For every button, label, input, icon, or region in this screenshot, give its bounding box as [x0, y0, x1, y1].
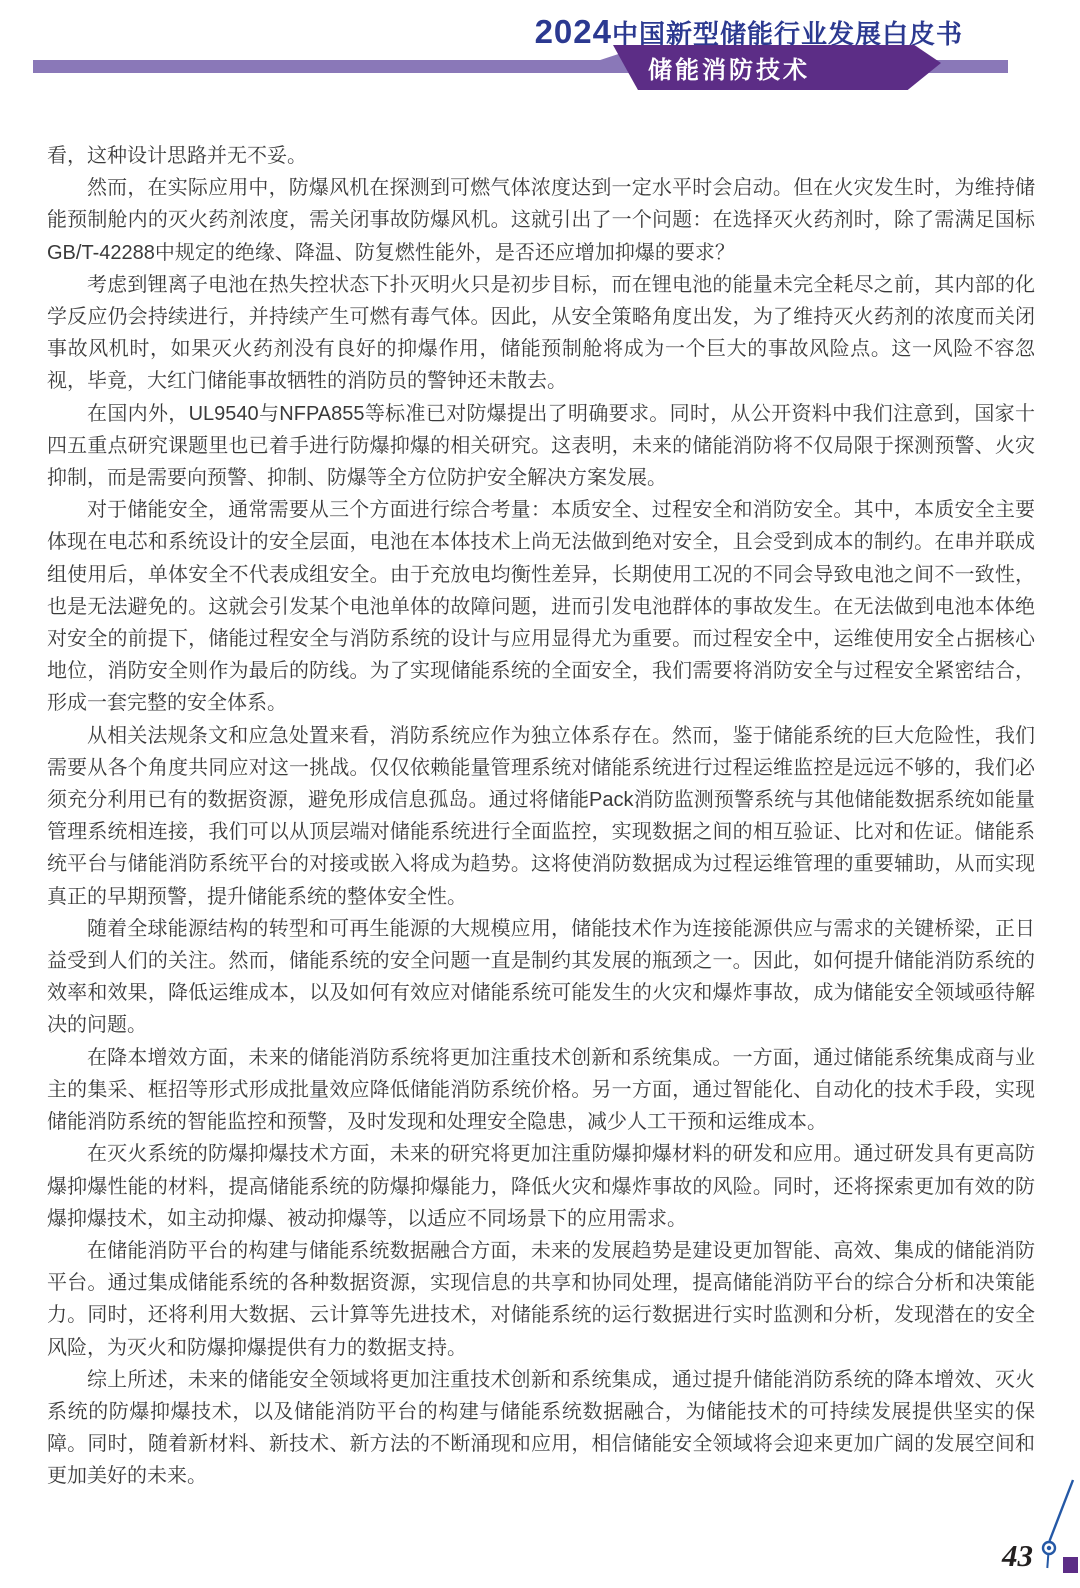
- body-paragraph: 看，这种设计思路并无不妥。: [47, 140, 1035, 172]
- body-paragraph: 在储能消防平台的构建与储能系统数据融合方面，未来的发展趋势是建设更加智能、高效、…: [47, 1235, 1035, 1364]
- section-title: 储能消防技术: [648, 50, 810, 85]
- page-number: 43: [1002, 1538, 1033, 1574]
- body-paragraph: 在降本增效方面，未来的储能消防系统将更加注重技术创新和系统集成。一方面，通过储能…: [47, 1042, 1035, 1139]
- body-paragraph: 在灭火系统的防爆抑爆技术方面，未来的研究将更加注重防爆抑爆材料的研发和应用。通过…: [47, 1138, 1035, 1235]
- body-paragraph: 然而，在实际应用中，防爆风机在探测到可燃气体浓度达到一定水平时会启动。但在火灾发…: [47, 172, 1035, 269]
- body-paragraph: 对于储能安全，通常需要从三个方面进行综合考量：本质安全、过程安全和消防安全。其中…: [47, 494, 1035, 719]
- whitepaper-page: 2024中国新型储能行业发展白皮书 储能消防技术 看，这种设计思路并无不妥。然而…: [0, 0, 1080, 1588]
- corner-square: [1063, 1557, 1078, 1573]
- body-paragraph: 从相关法规条文和应急处置来看，消防系统应作为独立体系存在。然而，鉴于储能系统的巨…: [47, 720, 1035, 913]
- body-text: 看，这种设计思路并无不妥。然而，在实际应用中，防爆风机在探测到可燃气体浓度达到一…: [47, 140, 1035, 1493]
- body-paragraph: 在国内外，UL9540与NFPA855等标准已对防爆提出了明确要求。同时，从公开…: [47, 398, 1035, 495]
- body-paragraphs: 看，这种设计思路并无不妥。然而，在实际应用中，防爆风机在探测到可燃气体浓度达到一…: [47, 140, 1035, 1493]
- report-title-year: 2024: [535, 13, 612, 51]
- section-ribbon: 储能消防技术: [608, 45, 941, 90]
- body-paragraph: 综上所述，未来的储能安全领域将更加注重技术创新和系统集成，通过提升储能消防系统的…: [47, 1364, 1035, 1493]
- body-paragraph: 随着全球能源结构的转型和可再生能源的大规模应用，储能技术作为连接能源供应与需求的…: [47, 913, 1035, 1042]
- body-paragraph: 考虑到锂离子电池在热失控状态下扑灭明火只是初步目标，而在锂电池的能量未完全耗尽之…: [47, 269, 1035, 398]
